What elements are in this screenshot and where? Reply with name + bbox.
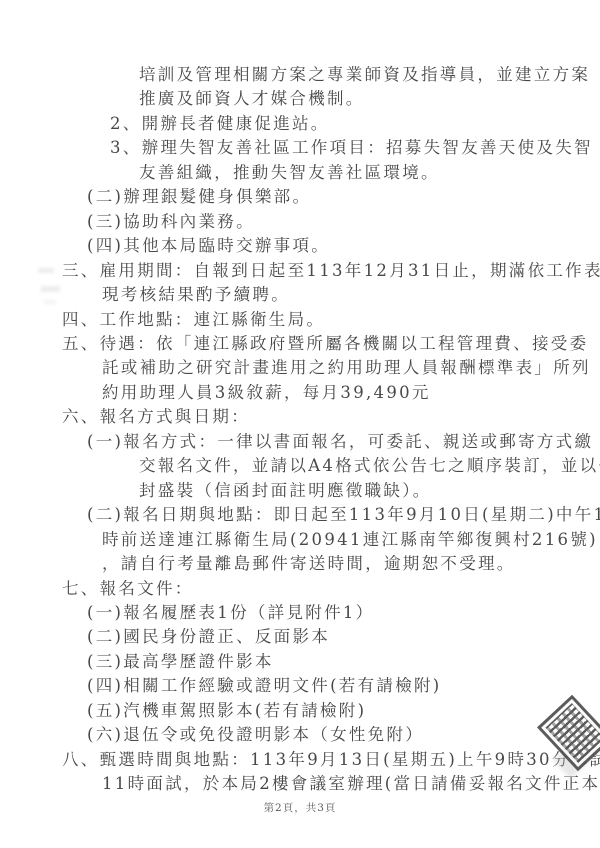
document-line: 六、報名方式與日期：	[0, 405, 600, 429]
document-line: 封盛裝（信函封面註明應徵職缺）。	[0, 479, 600, 503]
document-line: (六)退伍令或免役證明影本（女性免附）	[0, 723, 600, 747]
document-line: 三、雇用期間：自報到日起至113年12月31日止，期滿依工作表	[0, 259, 600, 283]
scanned-document-page: 培訓及管理相關方案之專業師資及指導員，並建立方案推廣及師資人才媒合機制。2、開辦…	[0, 0, 600, 848]
document-line: 推廣及師資人才媒合機制。	[0, 87, 600, 111]
document-line: 交報名文件，並請以A4格式依公告七之順序裝訂，並以信	[0, 454, 600, 478]
document-line: (三)協助科內業務。	[0, 210, 600, 234]
document-line: (三)最高學歷證件影本	[0, 650, 600, 674]
document-line: 2、開辦長者健康促進站。	[0, 112, 600, 136]
document-line: 約用助理人員3級敘薪，每月39,490元	[0, 381, 600, 405]
document-line: ，請自行考量離島郵件寄送時間，逾期恕不受理。	[0, 552, 600, 576]
document-line: (一)報名履歷表1份（詳見附件1）	[0, 601, 600, 625]
scan-smudge	[41, 286, 60, 292]
document-line: 現考核結果酌予續聘。	[0, 283, 600, 307]
document-line: 四、工作地點：連江縣衛生局。	[0, 308, 600, 332]
scan-smudge	[44, 300, 56, 304]
document-body: 培訓及管理相關方案之專業師資及指導員，並建立方案推廣及師資人才媒合機制。2、開辦…	[0, 63, 600, 797]
document-line: (二)國民身份證正、反面影本	[0, 625, 600, 649]
document-line: 七、報名文件：	[0, 577, 600, 601]
document-line: 3、辦理失智友善社區工作項目：招募失智友善天使及失智	[0, 136, 600, 160]
document-line: 11時面試，於本局2樓會議室辦理(當日請備妥報名文件正本	[0, 772, 600, 796]
document-line: 五、待遇：依「連江縣政府暨所屬各機關以工程管理費、接受委	[0, 332, 600, 356]
document-line: (二)報名日期與地點：即日起至113年9月10日(星期二)中午12	[0, 503, 600, 527]
document-line: (四)其他本局臨時交辦事項。	[0, 234, 600, 258]
document-line: (二)辦理銀髮健身俱樂部。	[0, 185, 600, 209]
document-line: 託或補助之研究計畫進用之約用助理人員報酬標準表」所列	[0, 356, 600, 380]
footer-page-number: 第2頁，共3頁	[0, 800, 600, 815]
document-line: 培訓及管理相關方案之專業師資及指導員，並建立方案	[0, 63, 600, 87]
document-line: (四)相關工作經驗或證明文件(若有請檢附)	[0, 674, 600, 698]
document-line: 友善組織，推動失智友善社區環境。	[0, 161, 600, 185]
scan-smudge	[38, 268, 54, 273]
document-line: (一)報名方式：一律以書面報名，可委託、親送或郵寄方式繳	[0, 430, 600, 454]
document-line: (五)汽機車駕照影本(若有請檢附)	[0, 699, 600, 723]
document-line: 八、甄選時間與地點：113年9月13日(星期五)上午9時30分筆試、	[0, 748, 600, 772]
document-line: 時前送達連江縣衛生局(20941連江縣南竿鄉復興村216號)	[0, 528, 600, 552]
